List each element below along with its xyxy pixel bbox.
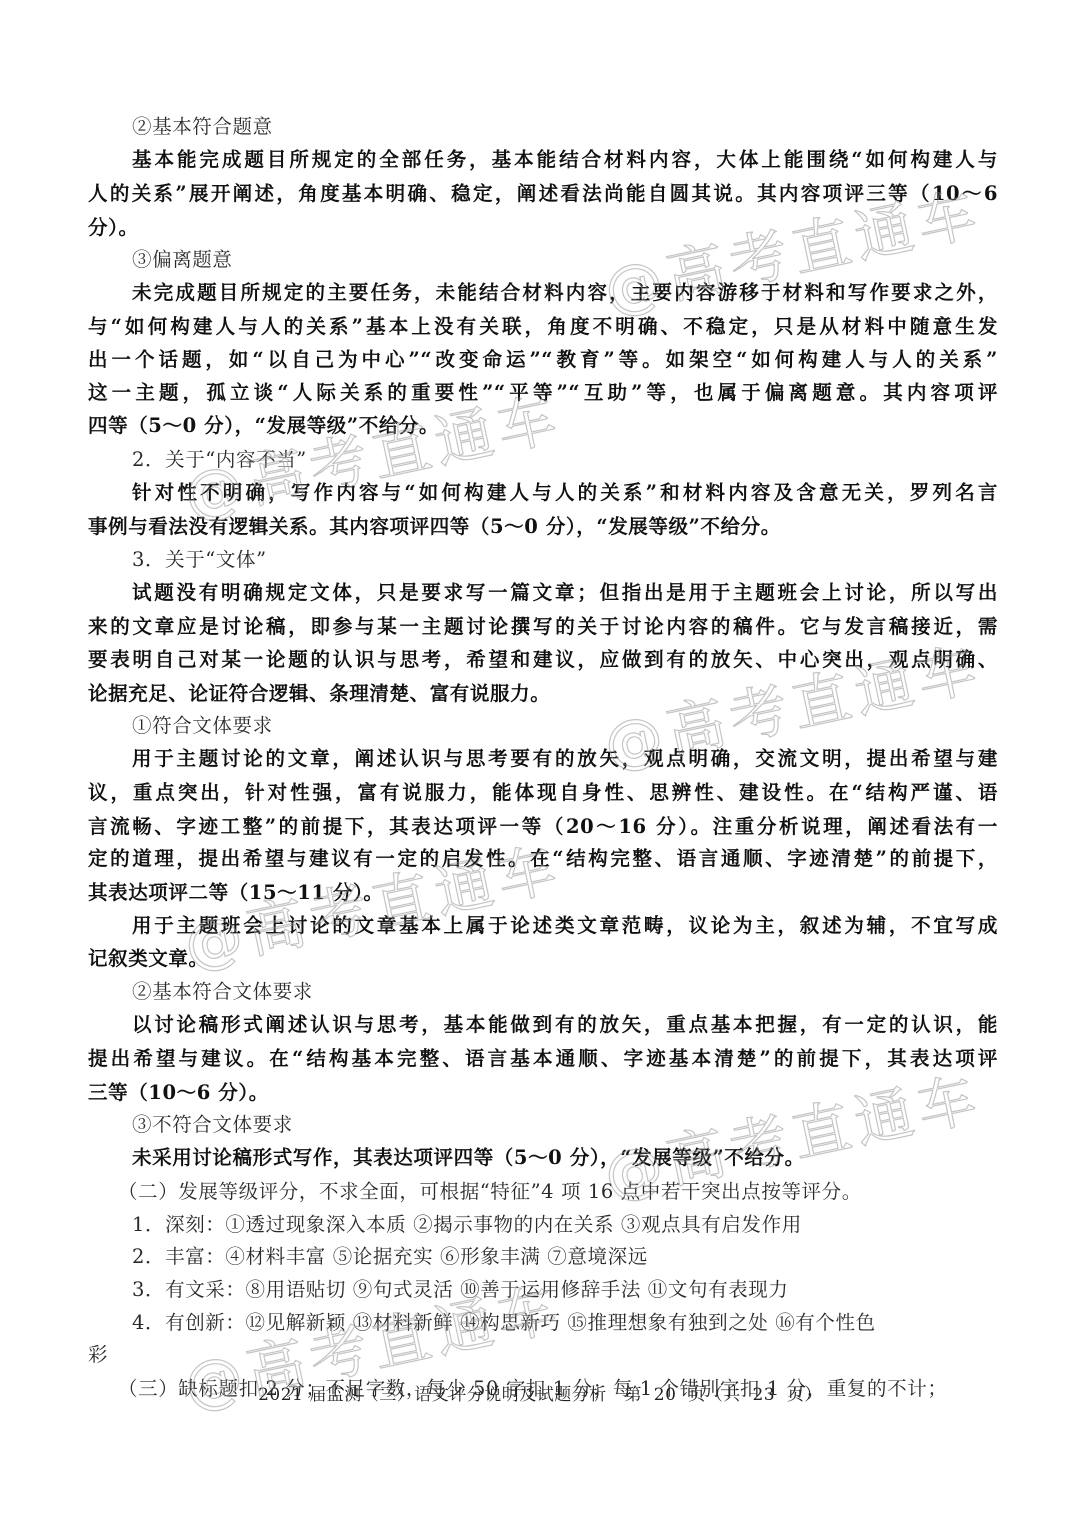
paragraph-line: 分）。 <box>88 211 998 245</box>
subheading-line: ③不符合文体要求 <box>132 1108 998 1142</box>
paragraph-line: 三等（10～6 分）。 <box>88 1076 998 1110</box>
paragraph-line: 其表达项评二等（15～11 分）。 <box>88 876 998 910</box>
paragraph-line: 出一个话题，如“以自己为中心”“改变命运”“教育”等。如架空“如何构建人与人的关… <box>88 343 998 377</box>
paragraph-line: 用于主题讨论的文章，阐述认识与思考要有的放矢，观点明确，交流文明，提出希望与建 <box>132 742 998 776</box>
subheading-line: 4．有创新：⑫见解新颖 ⑬材料新鲜 ⑭构思新巧 ⑮推理想象有独到之处 ⑯有个性色 <box>132 1306 998 1340</box>
paragraph-line: 事例与看法没有逻辑关系。其内容项评四等（5～0 分），“发展等级”不给分。 <box>88 510 998 544</box>
paragraph-line: 未完成题目所规定的主要任务，未能结合材料内容，主要内容游移于材料和写作要求之外， <box>132 276 998 310</box>
page-footer: 2021 届监测（三）语文评分说明及试题分析 第 20 页（共 23 页） <box>0 1380 1080 1405</box>
paragraph-line: 要表明自己对某一论题的认识与思考，希望和建议，应做到有的放矢、中心突出，观点明确… <box>88 643 998 677</box>
paragraph-line: 议，重点突出，针对性强，富有说服力，能体现自身性、思辨性、建设性。在“结构严谨、… <box>88 776 998 810</box>
subheading-line: ②基本符合文体要求 <box>132 975 998 1009</box>
subheading-line: 1．深刻：①透过现象深入本质 ②揭示事物的内在关系 ③观点具有启发作用 <box>132 1208 998 1242</box>
paragraph-line: 论据充足、论证符合逻辑、条理清楚、富有说服力。 <box>88 677 998 711</box>
paragraph-line: 言流畅、字迹工整”的前提下，其表达项评一等（20～16 分）。注重分析说理，阐述… <box>88 810 998 844</box>
subheading-line: ③偏离题意 <box>132 243 998 277</box>
subheading-line: 2．丰富：④材料丰富 ⑤论据充实 ⑥形象丰满 ⑦意境深远 <box>132 1240 998 1274</box>
paragraph-line: 基本能完成题目所规定的全部任务，基本能结合材料内容，大体上能围绕“如何构建人与 <box>132 143 998 177</box>
document-page: ②基本符合题意基本能完成题目所规定的全部任务，基本能结合材料内容，大体上能围绕“… <box>0 0 1080 1528</box>
subheading-line: 3．关于“文体” <box>132 543 998 577</box>
subheading-line: 3．有文采：⑧用语贴切 ⑨句式灵活 ⑩善于运用修辞手法 ⑪文句有表现力 <box>132 1273 998 1307</box>
paragraph-line: 记叙类文章。 <box>88 942 998 976</box>
paragraph-line: 来的文章应是讨论稿，即参与某一主题讨论撰写的关于讨论内容的稿件。它与发言稿接近，… <box>88 610 998 644</box>
paragraph-line: 提出希望与建议。在“结构基本完整、语言基本通顺、字迹基本清楚”的前提下，其表达项… <box>88 1042 998 1076</box>
paragraph-line: 与“如何构建人与人的关系”基本上没有关联，角度不明确、不稳定，只是从材料中随意生… <box>88 310 998 344</box>
paragraph-line: 未采用讨论稿形式写作，其表达项评四等（5～0 分），“发展等级”不给分。 <box>132 1141 998 1175</box>
paragraph-line: 用于主题班会上讨论的文章基本上属于论述类文章范畴，议论为主，叙述为辅，不宜写成 <box>132 909 998 943</box>
section-line: （二）发展等级评分，不求全面，可根据“特征”4 项 16 点中若干突出点按等评分… <box>118 1175 1028 1209</box>
subheading-line: ②基本符合题意 <box>132 110 998 144</box>
paragraph-line: 彩 <box>88 1338 998 1372</box>
subheading-line: ①符合文体要求 <box>132 709 998 743</box>
paragraph-line: 四等（5～0 分），“发展等级”不给分。 <box>88 409 998 443</box>
paragraph-line: 以讨论稿形式阐述认识与思考，基本能做到有的放矢，重点基本把握，有一定的认识，能 <box>132 1008 998 1042</box>
paragraph-line: 人的关系”展开阐述，角度基本明确、稳定，阐述看法尚能自圆其说。其内容项评三等（1… <box>88 177 998 211</box>
paragraph-line: 针对性不明确，写作内容与“如何构建人与人的关系”和材料内容及含意无关，罗列名言 <box>132 476 998 510</box>
paragraph-line: 这一主题，孤立谈“人际关系的重要性”“平等”“互助”等，也属于偏离题意。其内容项… <box>88 376 998 410</box>
paragraph-line: 试题没有明确规定文体，只是要求写一篇文章；但指出是用于主题班会上讨论，所以写出 <box>132 576 998 610</box>
subheading-line: 2．关于“内容不当” <box>132 443 998 477</box>
paragraph-line: 定的道理，提出希望与建议有一定的启发性。在“结构完整、语言通顺、字迹清楚”的前提… <box>88 842 998 876</box>
